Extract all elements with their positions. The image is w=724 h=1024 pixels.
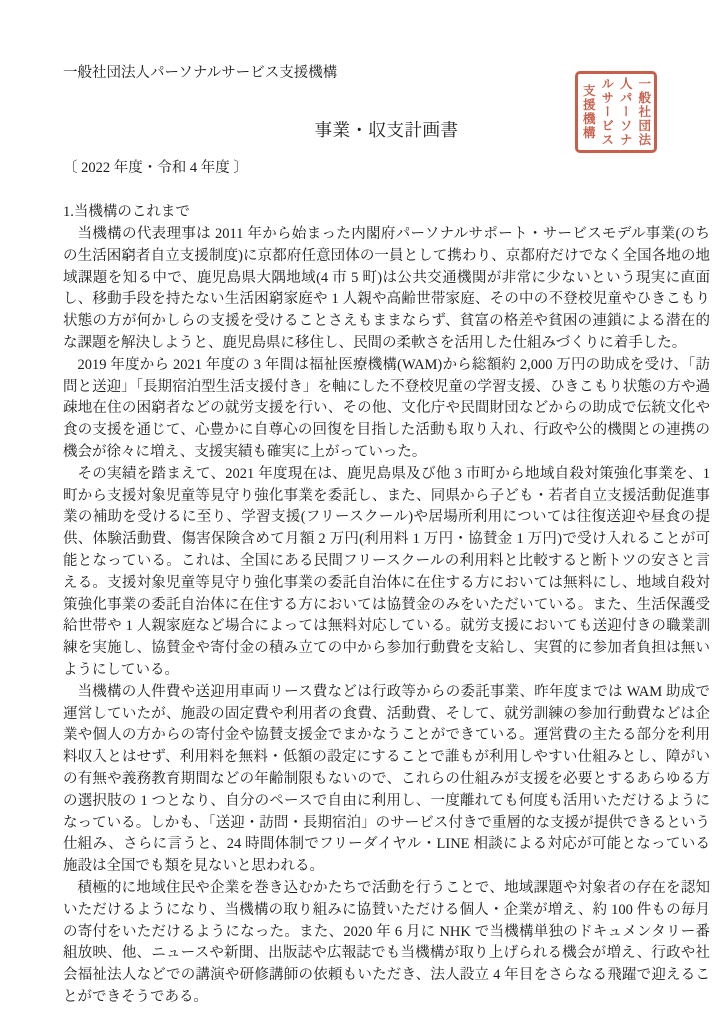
document-page: 一般社団法人パーソナルサービス支援機構 一般社団法 人パーソナ ルサービス 支援… — [0, 0, 724, 1024]
fiscal-year-label: 〔 2022 年度・令和 4 年度 〕 — [63, 157, 710, 179]
seal-text-column: 一般社団法 — [636, 77, 652, 147]
section-heading: 1.当機構のこれまで — [63, 201, 710, 223]
paragraph-community-support: 積極的に地域住民や企業を巻き込むかたちで活動を行うことで、地域課題や対象者の存在… — [63, 878, 710, 1009]
paragraph-wam-grant: 2019 年度から 2021 年度の 3 年間は福祉医療機構(WAM)から総額約… — [63, 355, 710, 464]
seal-text-column: 支援機構 — [580, 84, 596, 140]
seal-text-column: 人パーソナ — [617, 77, 633, 147]
seal-text-column: ルサービス — [599, 77, 615, 147]
corporate-seal-stamp: 一般社団法 人パーソナ ルサービス 支援機構 — [575, 71, 657, 153]
paragraph-operating-costs: 当機構の人件費や送迎用車両リース費などは行政等からの委託事業、昨年度までは WA… — [63, 682, 710, 878]
paragraph-commissioned-work: その実績を踏まえて、2021 年度現在は、鹿児島県及び他 3 市町から地域自殺対… — [63, 464, 710, 682]
paragraph-history-intro: 当機構の代表理事は 2011 年から始まった内閣府パーソナルサポート・サービスモ… — [63, 224, 710, 355]
